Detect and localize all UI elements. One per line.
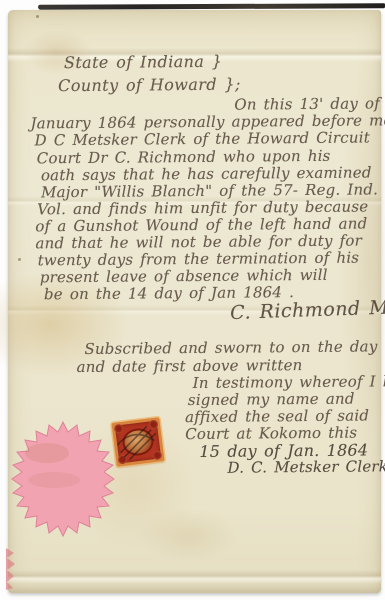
manuscript-line: Subscribed and sworn to on the day	[84, 337, 377, 358]
manuscript-heading-line: County of Howard };	[58, 75, 241, 96]
scanned-document-photo: State of Indiana } County of Howard }; O…	[0, 0, 385, 600]
clerk-signature: D. C. Metsker Clerk	[227, 457, 385, 476]
manuscript-heading-line: State of Indiana }	[64, 52, 223, 72]
seal-fragment	[6, 548, 18, 590]
notary-starburst-seal	[2, 418, 124, 540]
manuscript-line: In testimony whereof I have	[193, 372, 385, 392]
